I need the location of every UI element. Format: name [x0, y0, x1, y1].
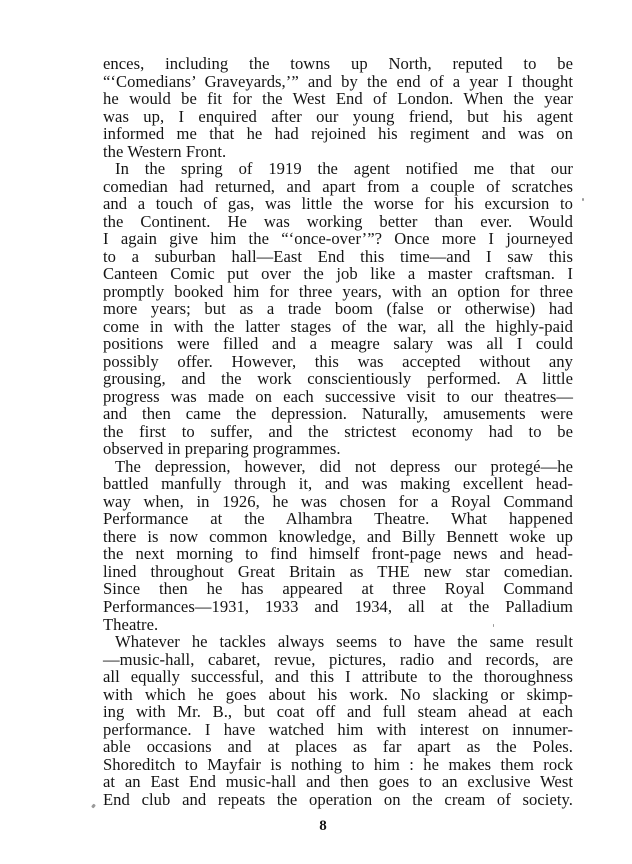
- text-line: I again give him the “‘once-over’”? Once…: [103, 230, 573, 248]
- text-line: lined throughout Great Britain as THE ne…: [103, 563, 573, 581]
- text-line: observed in preparing programmes.: [103, 440, 573, 458]
- scan-speck: [91, 804, 96, 809]
- paragraph-2: In the spring of 1919 the agent notified…: [103, 160, 573, 458]
- text-line: —music-hall, cabaret, revue, pictures, r…: [103, 651, 573, 669]
- text-line: to a suburban hall—East End this time—an…: [103, 248, 573, 266]
- document-page: ences, including the towns up North, rep…: [0, 0, 632, 864]
- text-line: In the spring of 1919 the agent notified…: [103, 160, 573, 178]
- text-line: he would be fit for the West End of Lond…: [103, 90, 573, 108]
- text-line: way when, in 1926, he was chosen for a R…: [103, 493, 573, 511]
- text-line: all equally successful, and this I attri…: [103, 668, 573, 686]
- text-line: and then came the depression. Naturally,…: [103, 405, 573, 423]
- text-line: progress was made on each successive vis…: [103, 388, 573, 406]
- text-line: informed me that he had rejoined his reg…: [103, 125, 573, 143]
- page-number: 8: [0, 818, 632, 835]
- paragraph-4: Whatever he tackles always seems to have…: [103, 633, 573, 808]
- text-line: ing with Mr. B., but coat off and full s…: [103, 703, 573, 721]
- text-line: “‘Comedians’ Graveyards,’” and by the en…: [103, 73, 573, 91]
- text-line: battled manfully through it, and was mak…: [103, 475, 573, 493]
- scan-speck: [582, 198, 584, 201]
- text-line: grousing, and the work conscientiously p…: [103, 370, 573, 388]
- paragraph-1: ences, including the towns up North, rep…: [103, 55, 573, 160]
- text-line: more years; but as a trade boom (false o…: [103, 300, 573, 318]
- text-line: Since then he has appeared at three Roya…: [103, 580, 573, 598]
- text-line: ences, including the towns up North, rep…: [103, 55, 573, 73]
- text-line: and a touch of gas, was little the worse…: [103, 195, 573, 213]
- text-line: Performance at the Alhambra Theatre. Wha…: [103, 510, 573, 528]
- text-line: the next morning to find himself front-p…: [103, 545, 573, 563]
- text-line: Theatre.: [103, 616, 573, 634]
- text-line: at an East End music-hall and then goes …: [103, 773, 573, 791]
- paragraph-3: The depression, however, did not depress…: [103, 458, 573, 633]
- body-text: ences, including the towns up North, rep…: [103, 55, 573, 808]
- text-line: The depression, however, did not depress…: [103, 458, 573, 476]
- text-line: with which he goes about his work. No sl…: [103, 686, 573, 704]
- text-line: promptly booked him for three years, wit…: [103, 283, 573, 301]
- text-line: End club and repeats the operation on th…: [103, 791, 573, 809]
- text-line: Performances—1931, 1933 and 1934, all at…: [103, 598, 573, 616]
- text-line: Shoreditch to Mayfair is nothing to him …: [103, 756, 573, 774]
- text-line: able occasions and at places as far apar…: [103, 738, 573, 756]
- text-line: possibly offer. However, this was accept…: [103, 353, 573, 371]
- text-line: comedian had returned, and apart from a …: [103, 178, 573, 196]
- text-line: positions were filled and a meagre salar…: [103, 335, 573, 353]
- text-line: the Western Front.: [103, 143, 573, 161]
- text-line: performance. I have watched him with int…: [103, 721, 573, 739]
- text-line: there is now common knowledge, and Billy…: [103, 528, 573, 546]
- text-line: Canteen Comic put over the job like a ma…: [103, 265, 573, 283]
- scan-speck: [493, 624, 494, 627]
- text-line: was up, I enquired after our young frien…: [103, 108, 573, 126]
- text-line: come in with the latter stages of the wa…: [103, 318, 573, 336]
- text-line: Whatever he tackles always seems to have…: [103, 633, 573, 651]
- text-line: the Continent. He was working better tha…: [103, 213, 573, 231]
- text-line: the first to suffer, and the strictest e…: [103, 423, 573, 441]
